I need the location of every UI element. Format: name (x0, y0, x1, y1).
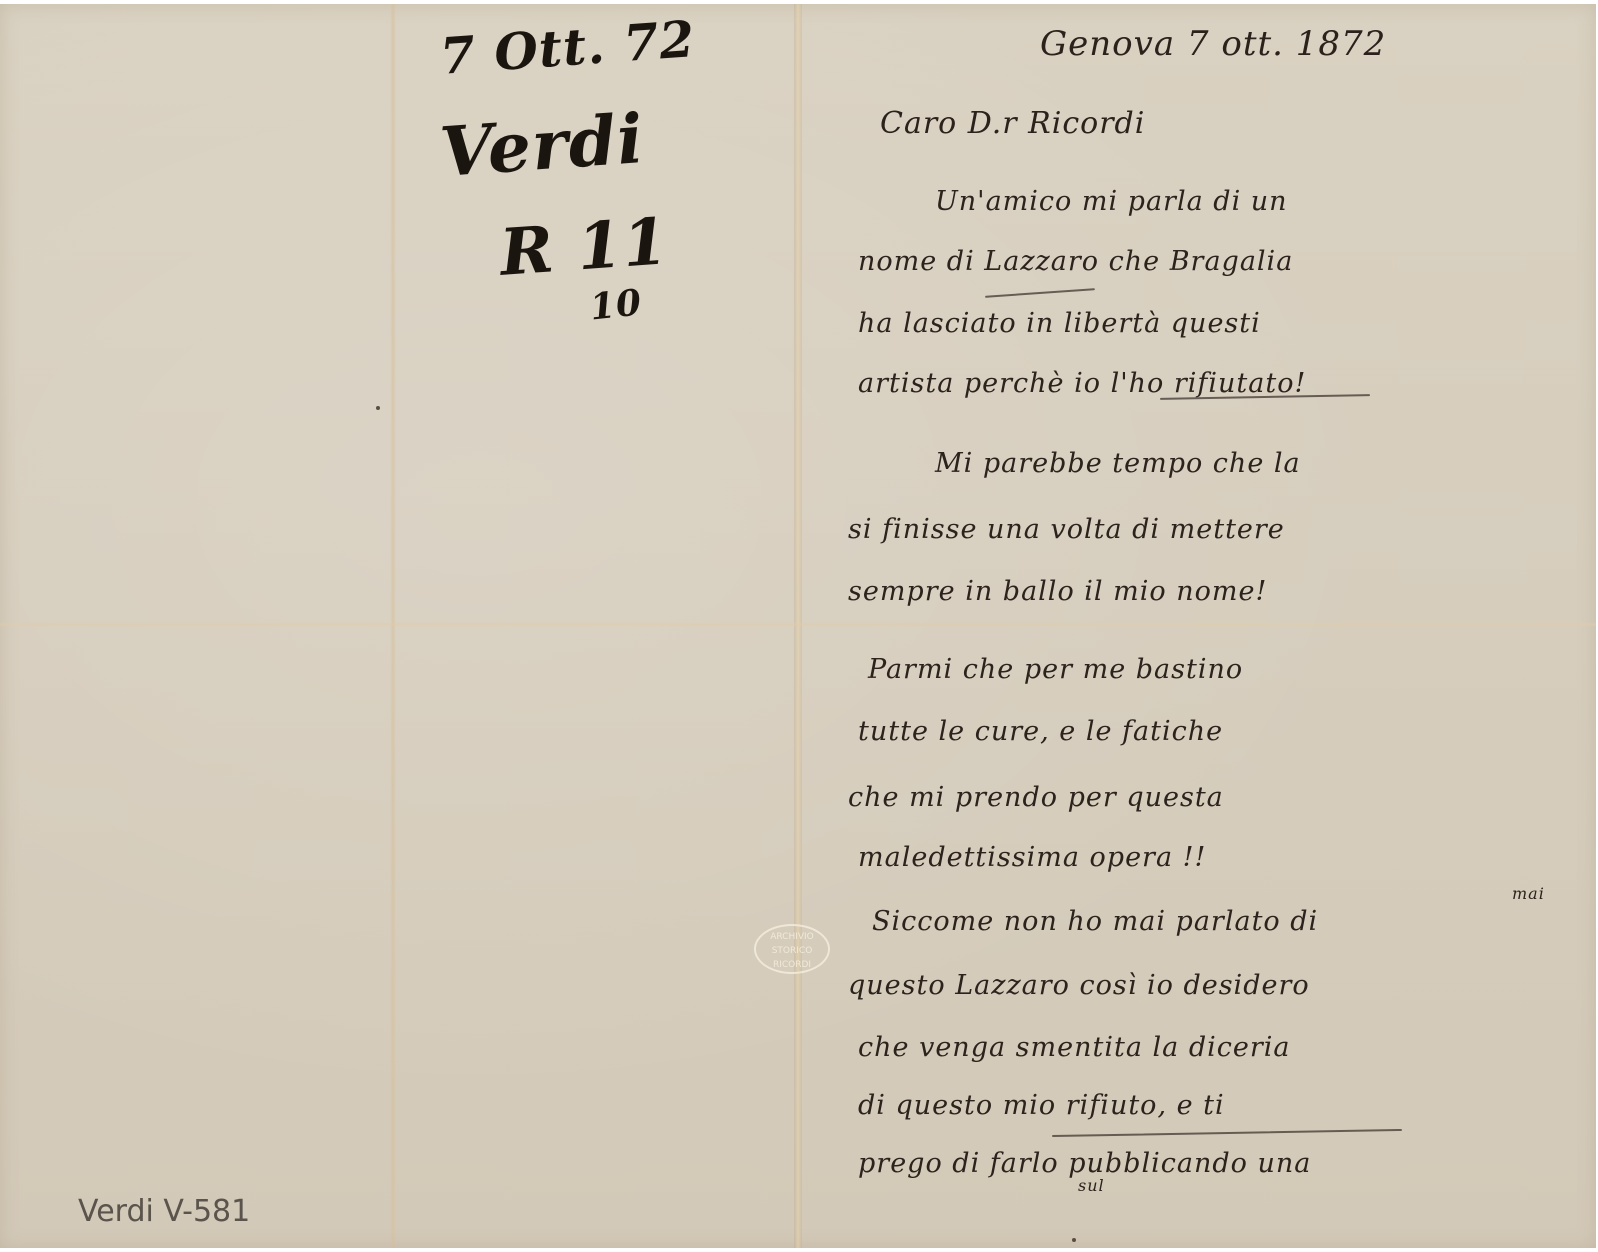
letter-line: Un'amico mi parla di un (935, 186, 1288, 217)
interlinear-insertion: sul (1078, 1176, 1105, 1195)
interlinear-insertion: mai (1512, 884, 1545, 903)
letter-line: sempre in ballo il mio nome! (848, 576, 1267, 607)
letter-line: nome di Lazzaro che Bragalia (858, 246, 1293, 277)
letter-line: prego di farlo pubblicando una (858, 1148, 1311, 1179)
letter-line: artista perchè io l'ho rifiutato! (858, 368, 1306, 399)
docket-number: R 11 (498, 204, 671, 291)
underline (985, 288, 1095, 298)
letter-line: che venga smentita la diceria (858, 1032, 1290, 1063)
letter-sheet: 7 Ott. 72 Verdi R 11 10 Genova 7 ott. 18… (0, 4, 1596, 1248)
letter-line: Siccome non ho mai parlato di (872, 906, 1318, 937)
letter-line: Mi parebbe tempo che la (935, 448, 1301, 479)
letter-salutation: Caro D.r Ricordi (880, 106, 1145, 141)
docket-subnumber: 10 (588, 281, 644, 328)
letter-place-date: Genova 7 ott. 1872 (1040, 24, 1386, 64)
letter-line: tutte le cure, e le fatiche (858, 716, 1223, 747)
docket-date: 7 Ott. 72 (438, 9, 697, 86)
letter-line: questo Lazzaro così io desidero (848, 970, 1310, 1001)
fold-line-horizontal (0, 622, 1596, 627)
letter-line: Parmi che per me bastino (868, 654, 1243, 685)
archive-blind-stamp: ARCHIVIO STORICO RICORDI (754, 924, 830, 974)
archive-label: Verdi V-581 (78, 1194, 250, 1229)
letter-line: ha lasciato in libertà questi (858, 308, 1261, 339)
underline (1052, 1129, 1402, 1137)
letter-line: si finisse una volta di mettere (848, 514, 1285, 545)
letter-line: di questo mio rifiuto, e ti (858, 1090, 1225, 1121)
letter-line: che mi prendo per questa (848, 782, 1224, 813)
docket-name: Verdi (437, 99, 646, 193)
letter-line: maledettissima opera !! (858, 842, 1206, 873)
ink-speck (1072, 1238, 1076, 1242)
ink-speck (376, 406, 380, 410)
